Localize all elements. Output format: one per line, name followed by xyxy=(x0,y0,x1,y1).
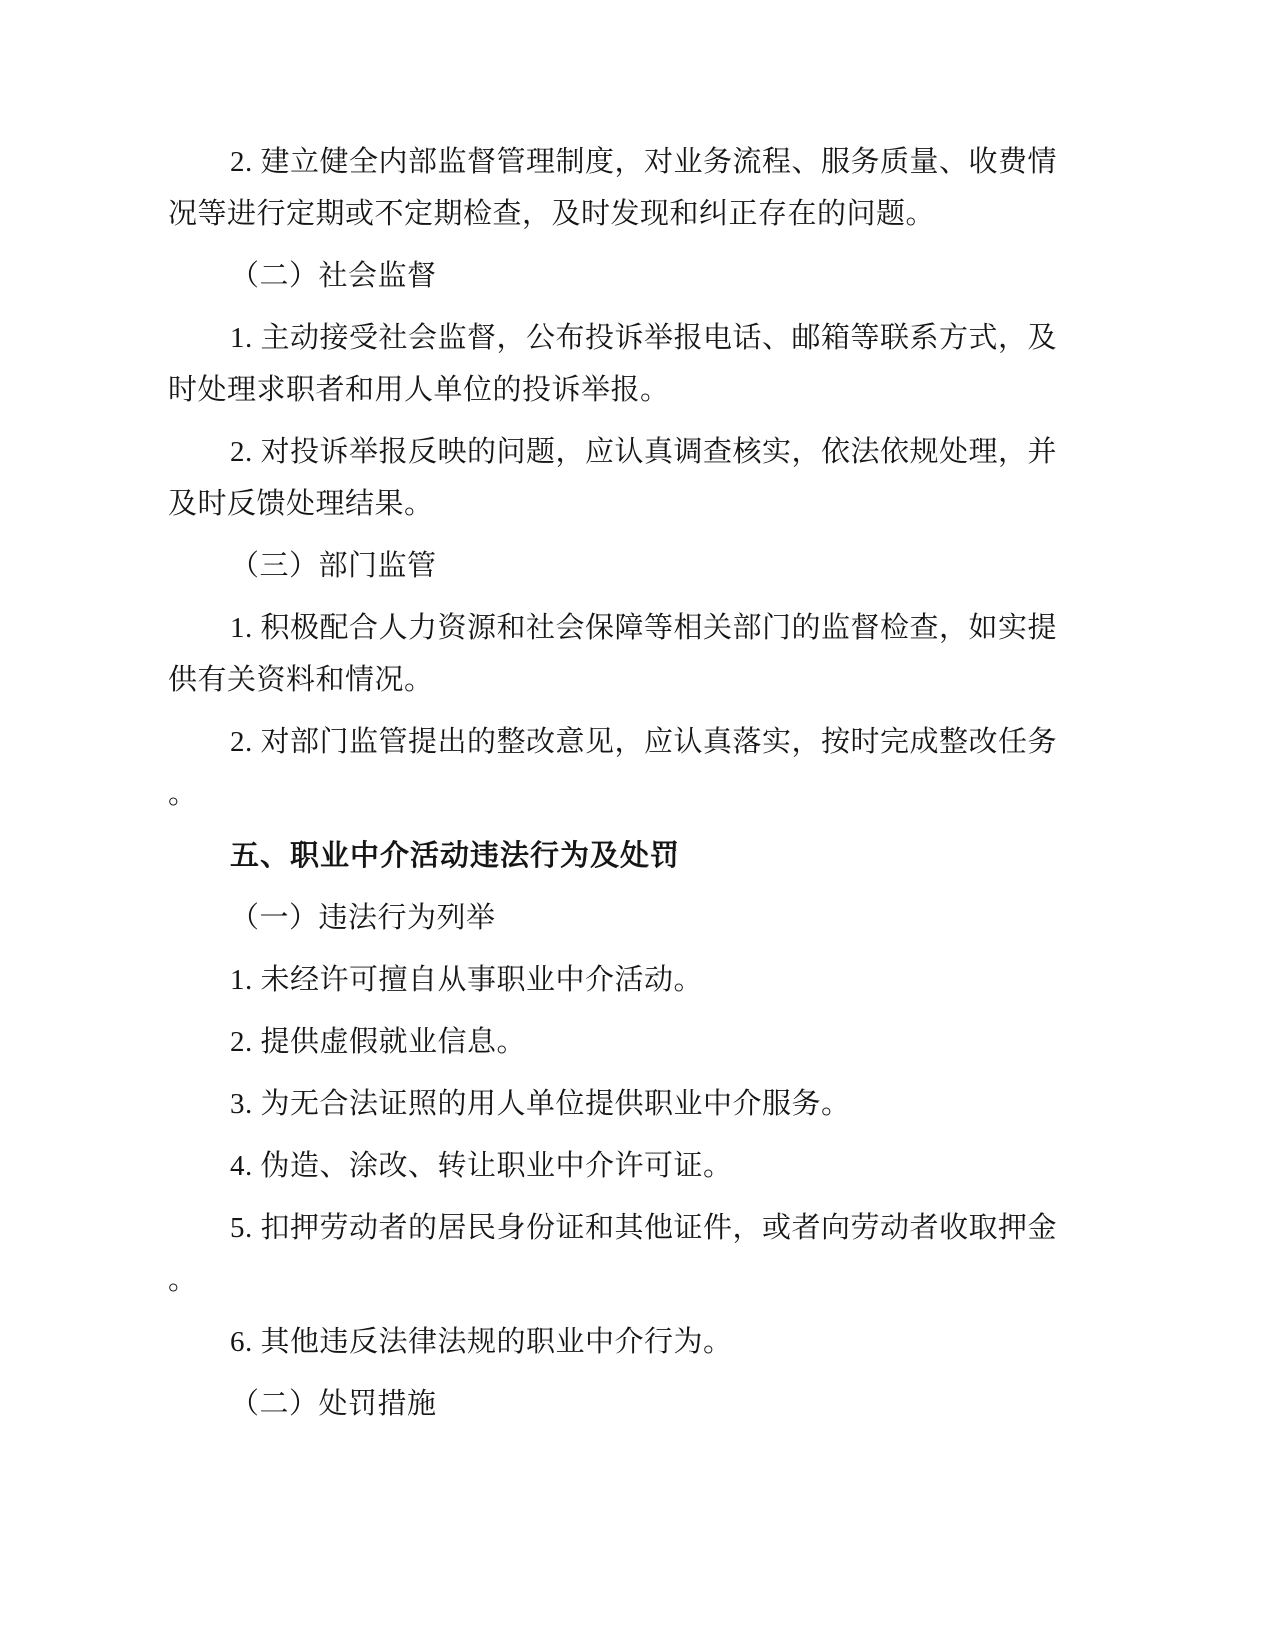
sub-heading-text: （二）社会监督 xyxy=(168,250,1050,302)
list-item: 6. 其他违反法律法规的职业中介行为。 xyxy=(168,1316,1050,1368)
list-item: 1. 未经许可擅自从事职业中介活动。 xyxy=(168,954,1050,1006)
paragraph: 2. 对投诉举报反映的问题，应认真调查核实，依法依规处理，并 及时反馈处理结果。 xyxy=(168,426,1050,530)
paragraph-line: 时处理求职者和用人单位的投诉举报。 xyxy=(168,364,1050,416)
paragraph-line: 及时反馈处理结果。 xyxy=(168,478,1050,530)
list-item-text: 6. 其他违反法律法规的职业中介行为。 xyxy=(168,1316,1050,1368)
list-item: 5. 扣押劳动者的居民身份证和其他证件，或者向劳动者收取押金 。 xyxy=(168,1202,1050,1306)
document-page: 2. 建立健全内部监督管理制度，对业务流程、服务质量、收费情 况等进行定期或不定… xyxy=(0,0,1275,1650)
list-item-text: 4. 伪造、涂改、转让职业中介许可证。 xyxy=(168,1140,1050,1192)
list-item-text: 5. 扣押劳动者的居民身份证和其他证件，或者向劳动者收取押金 xyxy=(168,1202,1050,1254)
list-item-text: 。 xyxy=(168,1254,1050,1306)
paragraph-line: 1. 主动接受社会监督，公布投诉举报电话、邮箱等联系方式，及 xyxy=(168,312,1050,364)
paragraph-line: 供有关资料和情况。 xyxy=(168,654,1050,706)
paragraph: 2. 对部门监管提出的整改意见，应认真落实，按时完成整改任务 。 xyxy=(168,716,1050,820)
section-heading-text: 五、职业中介活动违法行为及处罚 xyxy=(168,830,1050,882)
paragraph-line: 2. 对投诉举报反映的问题，应认真调查核实，依法依规处理，并 xyxy=(168,426,1050,478)
list-item-text: 2. 提供虚假就业信息。 xyxy=(168,1016,1050,1068)
sub-heading-text: （二）处罚措施 xyxy=(168,1378,1050,1430)
paragraph-line: 。 xyxy=(168,768,1050,820)
sub-heading: （二）处罚措施 xyxy=(168,1378,1050,1430)
sub-heading-text: （三）部门监管 xyxy=(168,540,1050,592)
paragraph-line: 1. 积极配合人力资源和社会保障等相关部门的监督检查，如实提 xyxy=(168,602,1050,654)
paragraph: 1. 积极配合人力资源和社会保障等相关部门的监督检查，如实提 供有关资料和情况。 xyxy=(168,602,1050,706)
paragraph-line: 2. 建立健全内部监督管理制度，对业务流程、服务质量、收费情 xyxy=(168,136,1050,188)
list-item: 4. 伪造、涂改、转让职业中介许可证。 xyxy=(168,1140,1050,1192)
sub-heading: （一）违法行为列举 xyxy=(168,892,1050,944)
list-item: 2. 提供虚假就业信息。 xyxy=(168,1016,1050,1068)
paragraph-line: 况等进行定期或不定期检查，及时发现和纠正存在的问题。 xyxy=(168,188,1050,240)
sub-heading: （三）部门监管 xyxy=(168,540,1050,592)
sub-heading-text: （一）违法行为列举 xyxy=(168,892,1050,944)
paragraph: 2. 建立健全内部监督管理制度，对业务流程、服务质量、收费情 况等进行定期或不定… xyxy=(168,136,1050,240)
paragraph-line: 2. 对部门监管提出的整改意见，应认真落实，按时完成整改任务 xyxy=(168,716,1050,768)
list-item-text: 3. 为无合法证照的用人单位提供职业中介服务。 xyxy=(168,1078,1050,1130)
paragraph: 1. 主动接受社会监督，公布投诉举报电话、邮箱等联系方式，及 时处理求职者和用人… xyxy=(168,312,1050,416)
section-heading: 五、职业中介活动违法行为及处罚 xyxy=(168,830,1050,882)
list-item: 3. 为无合法证照的用人单位提供职业中介服务。 xyxy=(168,1078,1050,1130)
list-item-text: 1. 未经许可擅自从事职业中介活动。 xyxy=(168,954,1050,1006)
sub-heading: （二）社会监督 xyxy=(168,250,1050,302)
